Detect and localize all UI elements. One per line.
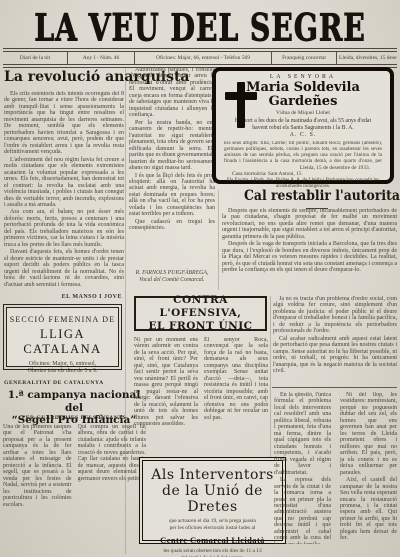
paragraph: Cal acabar radicalment amb aquest estat … <box>273 336 397 375</box>
article-contra-colB: El senyor Roca, convençut que la sola fo… <box>204 337 268 452</box>
paragraph: Ja no es tracta d'un problema d'ordre so… <box>273 296 397 335</box>
contra-ofensiva-box: CONTRA L'OFENSIVA, EL FRONT ÚNIC <box>134 296 267 331</box>
obituary-acs: A. C. S. <box>222 132 384 138</box>
article-cal-narrow: Ja no es tracta d'un problema d'ordre so… <box>273 296 397 384</box>
interventors-hours: les quals seran obertes tots els dies de… <box>143 548 282 557</box>
obituary-sacraments-line: havent rebut els Sants Sagraments i la B… <box>222 125 384 131</box>
obituary-widow-line: Vídua de Miquel Llobet <box>222 110 384 116</box>
headline-contra-line1: CONTRA L'OFENSIVA, <box>136 294 265 320</box>
lliga-office-line: Oficines: Major, 6, entresol, <box>7 361 118 367</box>
column-rule <box>218 190 219 290</box>
paragraph: Davant d'aquests fets, els homes d'ordre… <box>4 249 124 288</box>
article-revolucio-col2: Autoritzades paraules, i consells d'esgu… <box>129 67 215 283</box>
article-revolucio-col2-signature-role: Vocal del Comitè Comarcal. <box>129 277 215 284</box>
paragraph: I és que la lliçó dels fets és prou eloq… <box>129 173 215 218</box>
paragraph: La represa dels serveis de la ciutat i d… <box>274 477 331 544</box>
paragraph: Ara com ara, el balanç no pot ésser més … <box>4 209 124 248</box>
headline-cal-restablir-text: Cal restablir l'autoritat <box>244 190 400 204</box>
paragraph: Així, el castell del campanar de la nost… <box>340 477 397 542</box>
headline-segell: 1.ª campanya nacional del “Segell Pro In… <box>0 389 148 427</box>
lliga-catalana-name: LLIGA CATALANA <box>7 327 118 357</box>
centre-comarcal-name: Centre Comarcal Lleidatà <box>143 535 282 545</box>
article-cal-bottom-colA: En la qüestió, l'única fórmula: el probl… <box>274 392 331 544</box>
article-contra-colA: Ni per un moment ens vàrem adormir en co… <box>134 337 198 452</box>
article-segell-colA: Una de les primeres tasques que el Patro… <box>3 424 72 554</box>
paragraph: Els crits estentoris dels intents ocorre… <box>4 91 124 156</box>
paragraph: Autoritzades paraules, i consells d'esgu… <box>129 67 215 119</box>
interventors-note-line2: per les oficines electorals instal·lades… <box>143 525 282 532</box>
infobar-office: Oficines: Major, 66, entresol - Telèfon … <box>134 52 271 64</box>
newspaper-page: LA VEU DEL SEGRE Diari de la nit Any I -… <box>0 0 400 557</box>
paragraph: En la qüestió, l'única fórmula: el probl… <box>274 392 331 476</box>
lliga-catalana-box: SECCIÓ FEMENINA DE LLIGA CATALANA Oficin… <box>6 307 119 367</box>
interventors-head-line2: de la Unió de Dretes <box>143 483 282 515</box>
infobar-edition: Diari de la nit <box>3 52 67 64</box>
paragraph: Després que els elements de sempre, inca… <box>222 208 397 240</box>
lliga-hours-line: Obertes tots els dies de 5 a 9. <box>7 368 118 374</box>
interventors-note: que actuaren el dia 19, se'ls prega pass… <box>143 518 282 532</box>
obituary-box: LA SENYORA Maria Soldevila Gardeñes Vídu… <box>212 67 394 184</box>
obituary-body: Els seus afligits: filla, Carme; fill po… <box>222 141 384 164</box>
article-cal-bottom-colB: Ni del llop, les vestidures: mentrestant… <box>340 392 397 544</box>
interventors-hours-line1: les quals seran obertes tots els dies de… <box>143 548 282 555</box>
paragraph: Per la nostra banda, no ens cansarem de … <box>129 120 215 172</box>
article-revolucio-col2-signature: R. FARNOLS PUIGFÀBREGA, <box>129 270 215 277</box>
article-revolucio-signature: EL MANSO I JOVE <box>4 294 122 300</box>
paragraph: Després de la vaga de transports iniciad… <box>222 241 397 273</box>
infobar-dateline: Lleida, divendres, 15 desembre 1933 <box>336 52 397 64</box>
article-cal-wide: Després que els elements de sempre, inca… <box>222 208 397 293</box>
obituary-death-line: ha mort a les dues de la matinada d'avui… <box>222 118 384 124</box>
section-divider <box>272 387 397 388</box>
paragraph: L'adveniment del nou règim havia fet cre… <box>4 157 124 209</box>
interventors-box: Als Interventors de la Unió de Dretes qu… <box>139 457 286 544</box>
article-revolucio-col1: Els crits estentoris dels intents ocorre… <box>4 91 124 291</box>
paragraph: Ni del llop, les vestidures: mentrestant… <box>340 392 397 476</box>
infobar-postage: Franqueig concertat <box>271 52 336 64</box>
article-segell-columns: Una de les primeres tasques que el Patro… <box>3 424 146 554</box>
article-contra-columns: Ni per un moment ens vàrem adormir en co… <box>134 337 268 452</box>
generalitat-kicker: GENERALITAT DE CATALUNYA <box>4 380 144 386</box>
headline-contra-line2: EL FRONT ÚNIC <box>136 320 265 333</box>
subhead-segell: PER GUARDERIES PELS INFANTS <box>0 415 148 421</box>
masthead-title: LA VEU DEL SEGRE <box>28 0 372 46</box>
infobar-issue: Any I - Núm. 46 <box>67 52 134 64</box>
seccio-femenina-kicker: SECCIÓ FEMENINA DE <box>7 315 118 324</box>
headline-cal-restablir: Cal restablir l'autoritat <box>237 187 397 209</box>
interventors-head-line1: Als Interventors <box>143 467 282 483</box>
infobar: Diari de la nit Any I - Núm. 46 Oficines… <box>3 52 397 64</box>
article-revolucio-col2-text: Autoritzades paraules, i consells d'esgu… <box>129 67 215 267</box>
headline-segell-line1: 1.ª campanya nacional del <box>0 389 148 414</box>
paragraph: Que cadascú en tregui les conseqüències. <box>129 219 215 232</box>
